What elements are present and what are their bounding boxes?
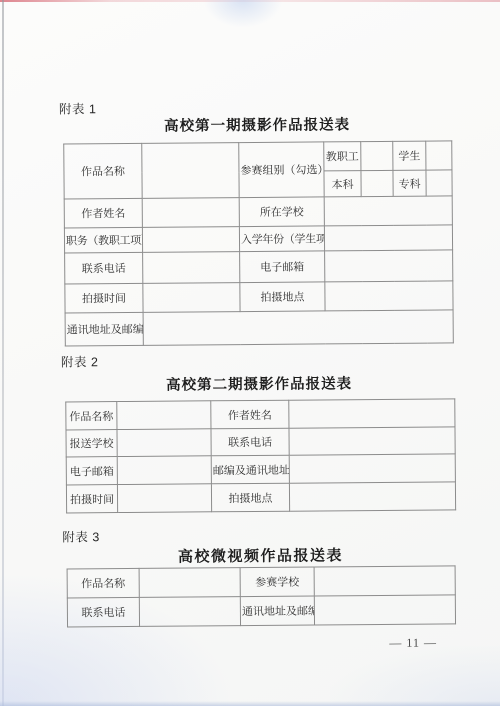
label-student: 学生 xyxy=(393,141,426,170)
check-cell-undergraduate xyxy=(361,170,393,196)
input-cell-email xyxy=(325,250,453,282)
check-cell-faculty xyxy=(361,141,393,170)
label-zip-address: 邮编及通讯地址 xyxy=(211,455,289,484)
form-1-title: 高校第一期摄影作品报送表 xyxy=(63,112,451,136)
input-cell-phone xyxy=(143,252,240,284)
label-position: 职务（教职工项） xyxy=(64,227,142,253)
input-cell xyxy=(117,401,211,430)
input-cell-author-name xyxy=(142,198,239,228)
label-author-name: 作者姓名 xyxy=(64,198,142,228)
label-junior-college: 专科 xyxy=(393,170,426,196)
label-address-zip: 通讯地址及邮编 xyxy=(65,312,143,346)
label-faculty: 教职工 xyxy=(324,142,361,171)
input-cell-shoot-time xyxy=(143,283,240,313)
label-shoot-place: 拍摄地点 xyxy=(240,282,325,312)
label-undergraduate: 本科 xyxy=(324,171,361,197)
form-table-photo-1: 作品名称 参赛组别（勾选） 教职工 学生 本科 专科 作者姓名 所在学校 xyxy=(63,140,454,346)
input-cell xyxy=(289,482,455,511)
input-cell xyxy=(117,456,211,485)
input-cell xyxy=(289,454,455,483)
label-author-name: 作者姓名 xyxy=(211,400,289,429)
input-cell xyxy=(314,566,455,596)
form-3-title: 高校微视频作品报送表 xyxy=(66,543,454,567)
label-submit-school: 报送学校 xyxy=(66,430,117,457)
input-cell xyxy=(139,597,240,627)
label-email: 电子邮箱 xyxy=(66,457,117,485)
label-group-select: 参赛组别（勾选） xyxy=(239,142,324,198)
input-cell xyxy=(289,399,455,428)
scanned-document-page: 附表 1 高校第一期摄影作品报送表 作品名称 参赛组别（勾选） 教职工 学生 本… xyxy=(0,0,500,706)
label-competition-school: 参赛学校 xyxy=(240,567,314,597)
label-phone: 联系电话 xyxy=(65,252,143,284)
input-cell-address-zip xyxy=(143,310,453,345)
input-cell-school xyxy=(324,196,452,226)
label-shoot-place: 拍摄地点 xyxy=(211,483,289,512)
label-phone: 联系电话 xyxy=(67,597,139,627)
form-2-title: 高校第二期摄影作品报送表 xyxy=(65,371,453,395)
label-shoot-time: 拍摄时间 xyxy=(66,485,117,513)
label-address-zip: 通讯地址及邮编 xyxy=(240,596,314,626)
label-work-name: 作品名称 xyxy=(67,568,139,598)
check-cell-junior-college xyxy=(426,170,452,196)
label-phone: 联系电话 xyxy=(211,428,289,456)
attachment-3-label: 附表 3 xyxy=(62,527,100,545)
label-work-name: 作品名称 xyxy=(66,402,117,430)
input-cell xyxy=(117,429,211,457)
attachment-2-label: 附表 2 xyxy=(61,352,99,370)
label-email: 电子邮箱 xyxy=(240,251,325,283)
input-cell-shoot-place xyxy=(325,281,453,311)
label-enrollment-year: 入学年份（学生项） xyxy=(239,226,324,252)
input-cell xyxy=(314,595,455,625)
input-cell xyxy=(117,484,211,513)
input-cell xyxy=(289,427,455,455)
label-work-name: 作品名称 xyxy=(64,143,142,199)
label-shoot-time: 拍摄时间 xyxy=(65,283,143,313)
label-school: 所在学校 xyxy=(239,197,324,227)
page-number: — 11 — xyxy=(372,635,454,651)
form-table-video-3: 作品名称 参赛学校 联系电话 通讯地址及邮编 xyxy=(67,565,456,627)
check-cell-student xyxy=(426,141,452,170)
document-content: 附表 1 高校第一期摄影作品报送表 作品名称 参赛组别（勾选） 教职工 学生 本… xyxy=(0,0,500,706)
input-cell-enrollment-year xyxy=(324,225,452,251)
form-table-photo-2: 作品名称 作者姓名 报送学校 联系电话 电子邮箱 邮编及通讯地址 拍摄时间 拍 xyxy=(65,398,456,513)
input-cell-position xyxy=(142,227,239,253)
input-cell xyxy=(139,568,240,598)
input-cell-work-name xyxy=(142,143,239,199)
